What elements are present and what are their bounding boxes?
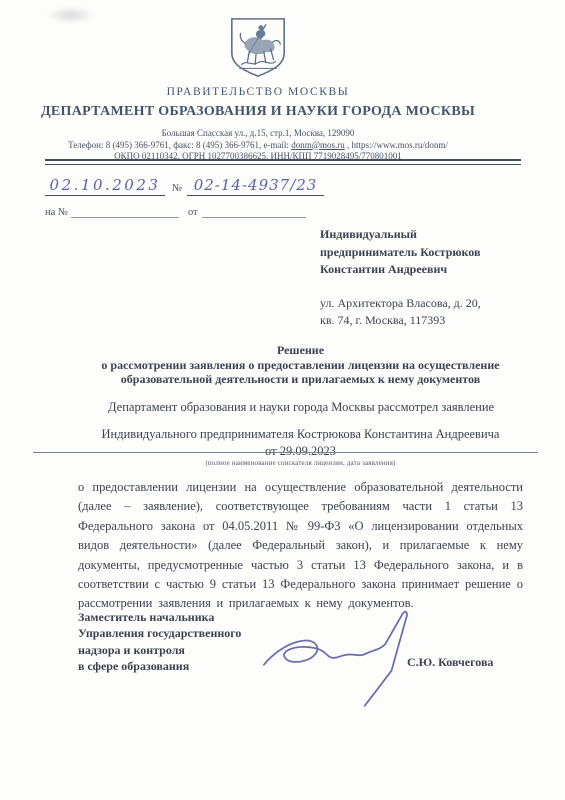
reference-block: 02.10.2023 № 02-14-4937/23 на № от	[45, 171, 325, 218]
handwritten-date: 02.10.2023	[50, 176, 161, 194]
decision-title: Решение о рассмотрении заявления о предо…	[78, 343, 523, 387]
signer-name: С.Ю. Ковчегова	[407, 655, 493, 670]
scanned-letter-page: ПРАВИТЕЛЬСТВО МОСКВЫ ДЕПАРТАМЕНТ ОБРАЗОВ…	[0, 0, 565, 800]
outgoing-date-field: 02.10.2023	[45, 176, 165, 196]
recipient-block: Индивидуальный предприниматель Кострюков…	[320, 226, 548, 330]
government-title: ПРАВИТЕЛЬСТВО МОСКВЫ	[0, 86, 516, 98]
decision-intro: Департамент образования и науки города М…	[78, 400, 523, 415]
decision-section: Решение о рассмотрении заявления о предо…	[78, 343, 523, 459]
reply-date-blank	[202, 206, 306, 218]
number-sign: №	[172, 183, 182, 194]
letterhead-divider	[45, 159, 521, 165]
decision-body: о предоставлении лицензии на осуществлен…	[78, 478, 523, 614]
outgoing-reference-row: 02.10.2023 № 02-14-4937/23	[45, 171, 325, 196]
field-caption: (полное наименование соискателя лицензии…	[78, 460, 523, 467]
outgoing-number-field: 02-14-4937/23	[187, 176, 324, 196]
reply-from-label: от	[188, 207, 198, 218]
moscow-coat-of-arms-icon	[226, 16, 290, 80]
phone-email-line: Телефон: 8 (495) 366-9761, факс: 8 (495)…	[0, 140, 516, 152]
reply-number-label: на №	[45, 207, 68, 218]
reply-number-blank	[71, 206, 179, 218]
signature-block: Заместитель начальника Управления госуда…	[78, 609, 535, 674]
letterhead-contacts: Большая Спасская ул., д.15, стр.1, Москв…	[0, 128, 516, 163]
handwritten-number: 02-14-4937/23	[194, 176, 318, 194]
decision-body-section: (полное наименование соискателя лицензии…	[78, 456, 523, 614]
recipient-address: ул. Архитектора Власова, д. 20, кв. 74, …	[320, 295, 548, 330]
applicant-name-line: Индивидуального предпринимателя Кострюко…	[78, 427, 523, 442]
postal-address: Большая Спасская ул., д.15, стр.1, Москв…	[0, 128, 516, 140]
letterhead: ПРАВИТЕЛЬСТВО МОСКВЫ ДЕПАРТАМЕНТ ОБРАЗОВ…	[0, 0, 516, 163]
department-title: ДЕПАРТАМЕНТ ОБРАЗОВАНИЯ И НАУКИ ГОРОДА М…	[0, 104, 516, 120]
applicant-underline	[33, 452, 538, 453]
reply-reference-row: на № от	[45, 206, 325, 218]
recipient-name: Индивидуальный предприниматель Кострюков…	[320, 226, 548, 279]
email-text: donm@mos.ru	[291, 140, 345, 150]
handwritten-signature	[256, 605, 424, 713]
